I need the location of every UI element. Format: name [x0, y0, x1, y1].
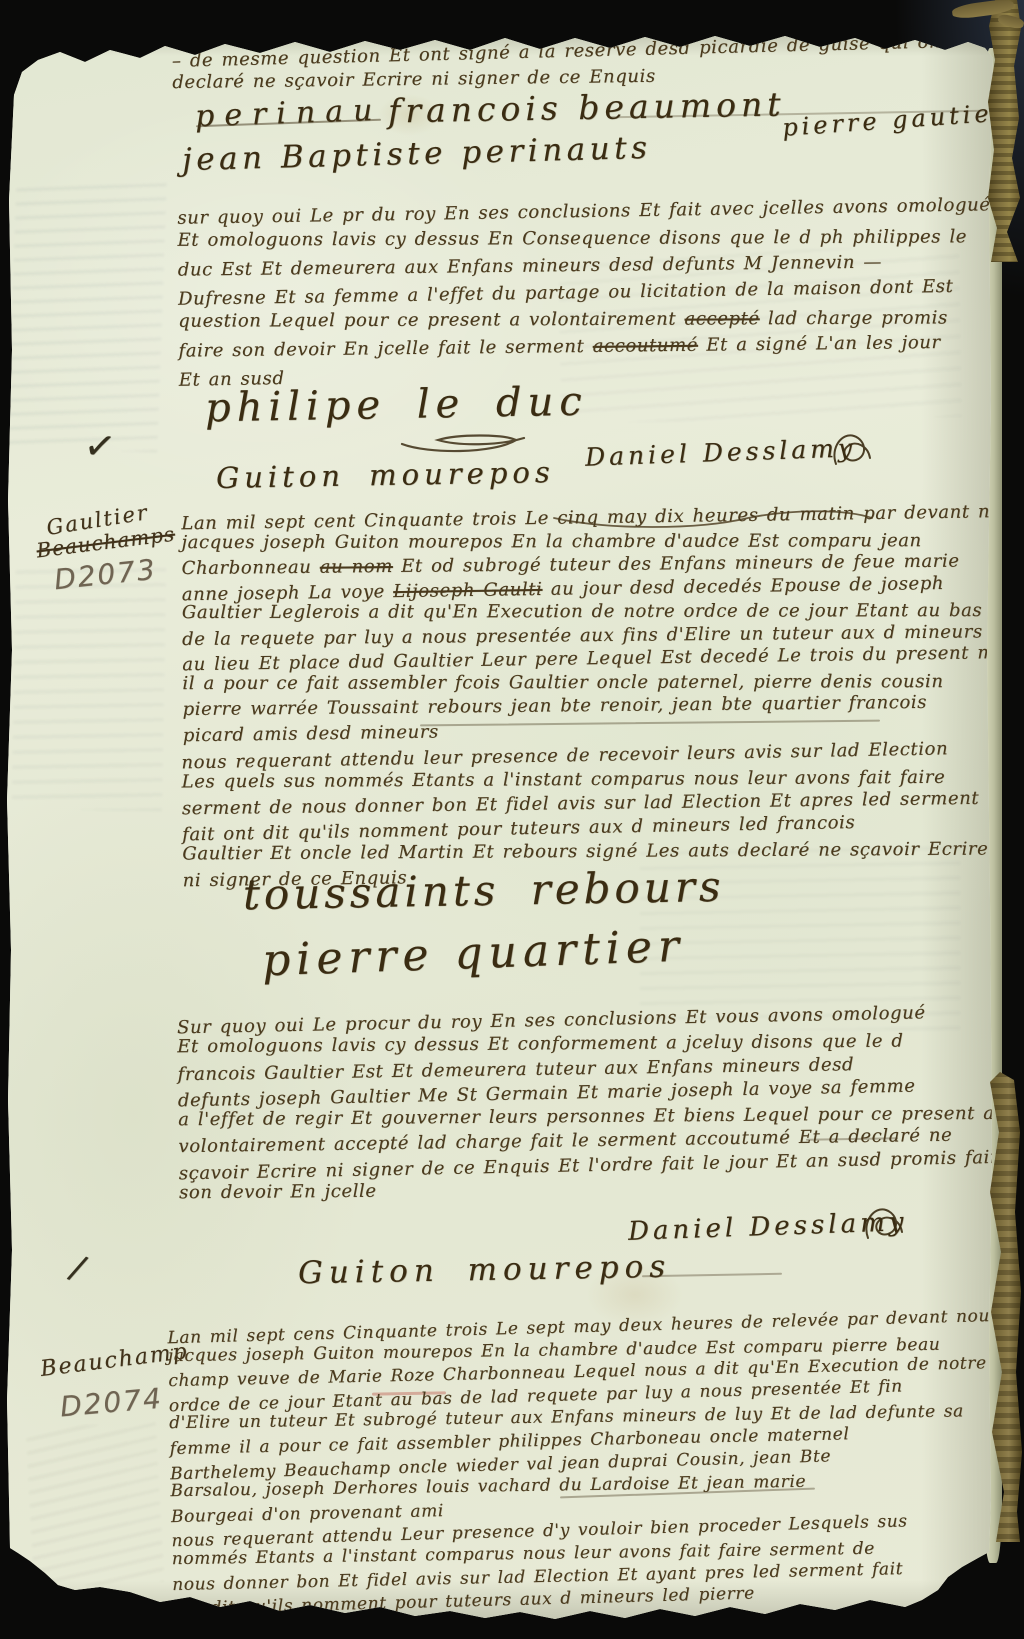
signature-daniel-desslamy-1: Daniel Desslamy [585, 433, 857, 471]
homologation-paragraph-1: sur quoy oui Le pr du roy En ses conclus… [177, 194, 992, 390]
signature-pierre-gautier: pierre gautier [781, 98, 1009, 142]
signature-perinau: perinau [194, 93, 383, 135]
signature-guiton-mourepos-2: Guiton mourepos [298, 1249, 672, 1292]
pencil-scuffs [26, 1422, 164, 1589]
struck-segment: au nom [320, 556, 393, 578]
line-segment: faire son devoir En jcelle fait le serme… [178, 336, 592, 362]
line-segment: au jour desd decedés Epouse de joseph [542, 572, 944, 599]
manuscript-page: – de mesme question Et ont signé a la re… [0, 0, 1024, 1639]
verso-ink-showthrough [7, 177, 166, 452]
line-segment: Et a signé L'an les jour [698, 332, 941, 356]
verso-ink-showthrough [12, 559, 166, 812]
archive-ref-d2074: D2074 [59, 1382, 164, 1424]
signature-philipe-le-duc: philipe le duc [205, 379, 588, 432]
struck-segment: accepté [684, 308, 759, 329]
signature-toussaints-rebours: toussaints rebours [243, 862, 725, 919]
archival-scan: – de mesme question Et ont signé a la re… [0, 0, 1024, 1639]
line-segment: Charbonneau [182, 557, 320, 579]
manuscript-line: son devoir En jcelle [179, 1175, 1011, 1206]
signature-jean-baptiste-perinauts: jean Baptiste perinauts [182, 130, 652, 178]
struck-segment: accoutumé [593, 335, 699, 357]
signature-flourish [398, 430, 528, 456]
margin-check-mark: ✓ [81, 422, 119, 470]
margin-tick-stroke: ∕ [64, 1247, 91, 1288]
homologation-paragraph-2: Sur quoy oui Le procur du roy En ses con… [177, 1003, 1011, 1208]
signature-pierre-quartier: pierre quartier [261, 921, 685, 987]
signature-paraph [828, 428, 876, 474]
signature-francois-beaumont: francois beaumont [388, 85, 786, 131]
signature-guiton-mourepos-1: Guiton mourepos [216, 455, 555, 495]
act-d2074-paragraph: Lan mil sept cens Cinquante trois Le sep… [167, 1308, 1005, 1618]
line-segment: lad charge promis [760, 307, 948, 329]
signature-paraph [860, 1202, 908, 1248]
act-d2073-paragraph: Lan mil sept cent Cinquante trois Le cin… [181, 503, 1024, 744]
struck-segment: Lijoseph Gaulti [393, 578, 543, 601]
line-segment: question Lequel pour ce present a volont… [178, 309, 684, 332]
